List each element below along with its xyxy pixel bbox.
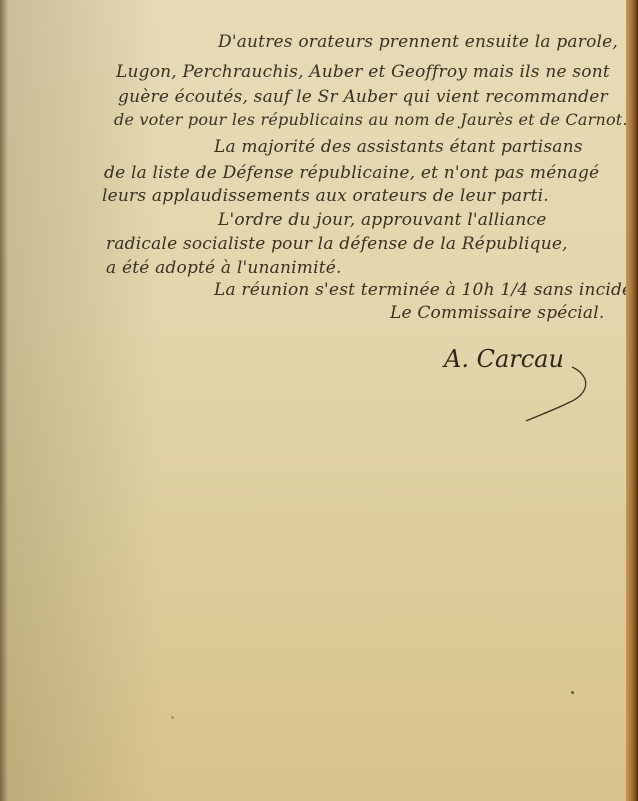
paper-spot — [171, 716, 174, 719]
text-line-7: leurs applaudissements aux orateurs de l… — [102, 186, 549, 206]
text-line-3: guère écoutés, sauf le Sr Auber qui vien… — [118, 87, 608, 107]
text-line-6: de la liste de Défense républicaine, et … — [104, 163, 599, 183]
text-line-10: a été adopté à l'unanimité. — [106, 258, 342, 278]
text-line-11: La réunion s'est terminée à 10h 1/4 sans… — [214, 280, 638, 300]
text-line-8: L'ordre du jour, approuvant l'alliance — [218, 210, 547, 230]
text-line-2: Lugon, Perchrauchis, Auber et Geoffroy m… — [116, 62, 610, 82]
document-page: D'autres orateurs prennent ensuite la pa… — [0, 0, 626, 801]
text-line-9: radicale socialiste pour la défense de l… — [106, 234, 568, 254]
paper-spot — [571, 691, 574, 694]
signature-flourish-icon — [520, 365, 600, 425]
page-edge — [626, 0, 638, 801]
text-line-5: La majorité des assistants étant partisa… — [214, 137, 583, 157]
text-line-4: de voter pour les républicains au nom de… — [114, 110, 628, 129]
text-line-12: Le Commissaire spécial. — [390, 303, 605, 323]
text-line-1: D'autres orateurs prennent ensuite la pa… — [218, 32, 618, 52]
page-binding-shadow — [0, 0, 8, 801]
